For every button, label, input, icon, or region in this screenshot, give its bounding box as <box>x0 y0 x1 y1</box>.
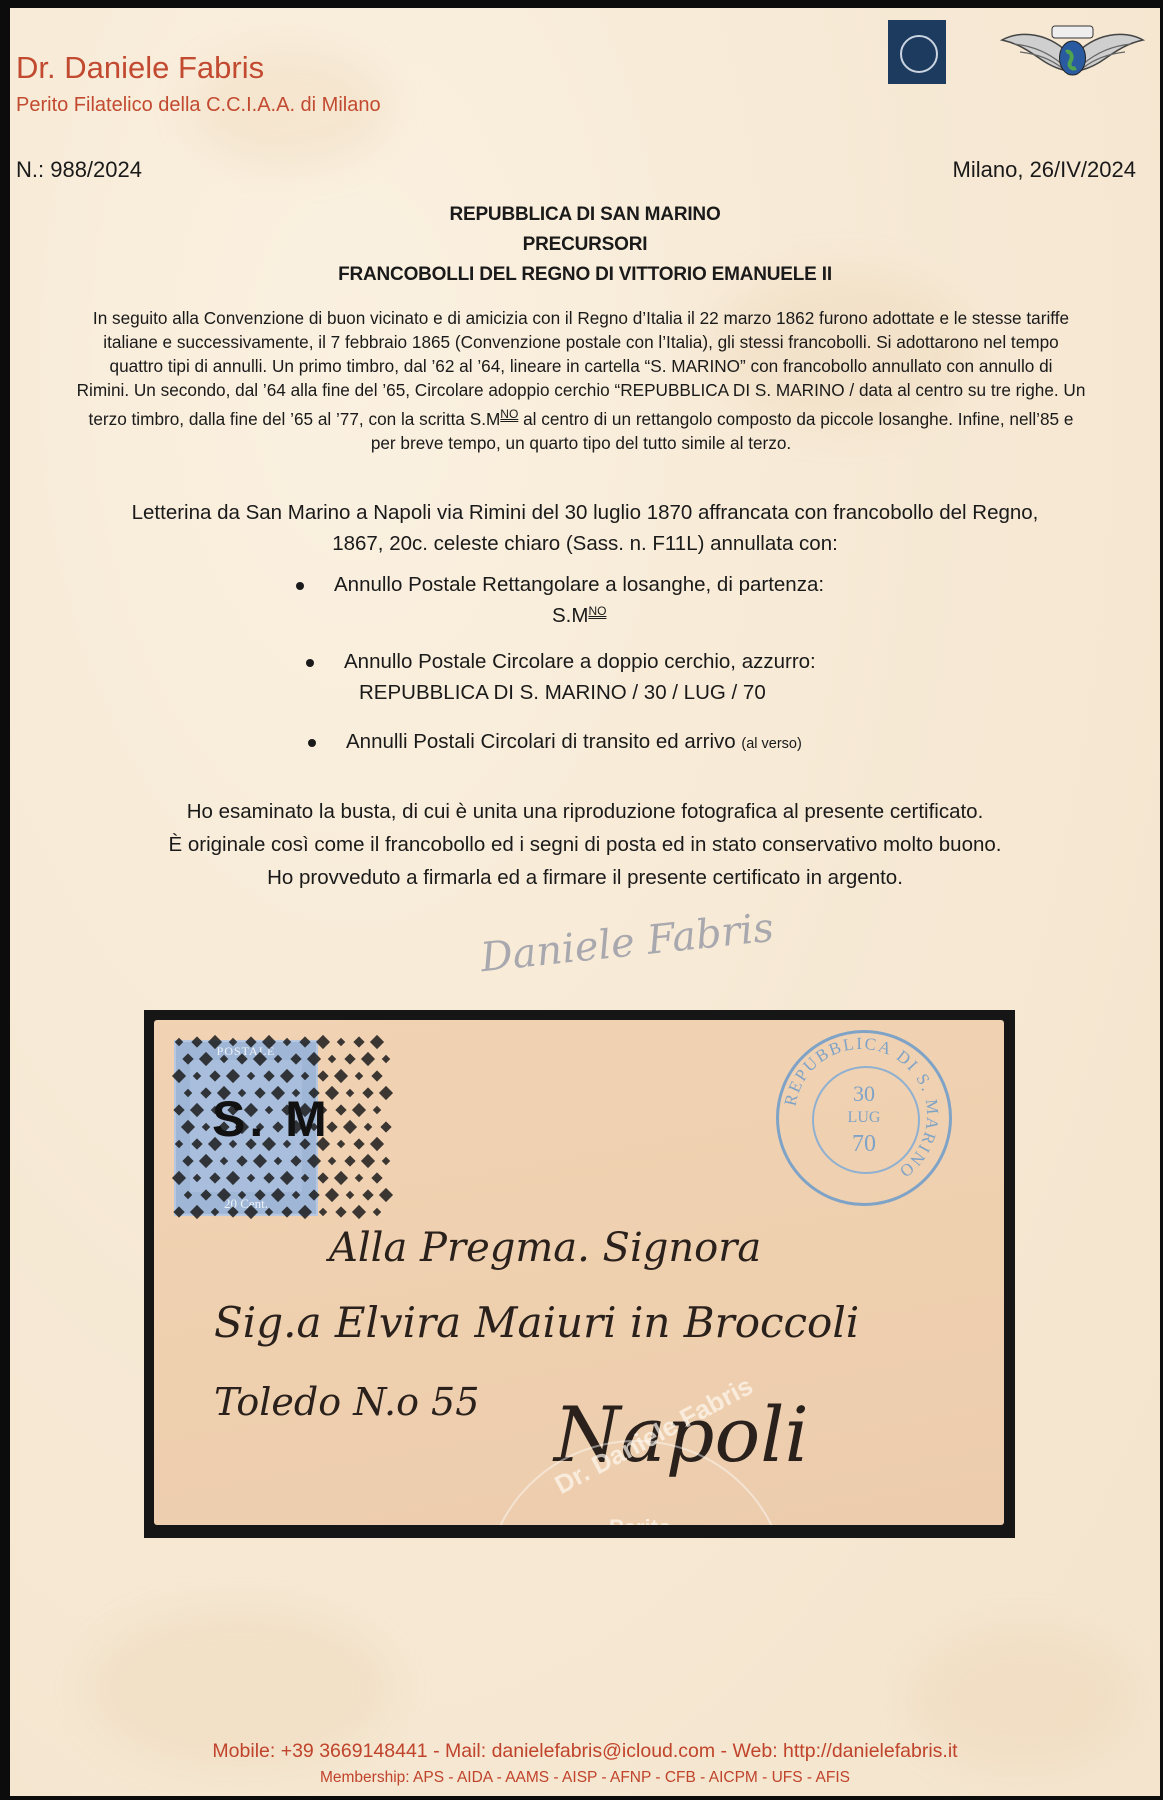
address-line3: Toledo N.o 55 <box>214 1380 479 1424</box>
expert-name: Dr. Daniele Fabris <box>16 50 264 86</box>
certificate-number: N.: 988/2024 <box>16 157 142 183</box>
intro-line: quattro tipi di annulli. Un primo timbro… <box>26 354 1136 378</box>
address-line2: Sig.a Elvira Maiuri in Broccoli <box>214 1298 859 1347</box>
bullet-circular-cancel-detail: REPUBBLICA DI S. MARINO / 30 / LUG / 70 <box>359 681 766 705</box>
item-description-line1: Letterina da San Marino a Napoli via Rim… <box>10 501 1160 525</box>
conclusion-line: Ho provveduto a firmarla ed a firmare il… <box>10 861 1160 894</box>
envelope-photo: POSTALE 20 Cent. S. M REPUBBLICA DI S. M… <box>154 1020 1004 1525</box>
bullet-transit-cancels: Annulli Postali Circolari di transito ed… <box>308 730 802 754</box>
circular-postmark: REPUBBLICA DI S. MARINO 30 LUG 70 <box>776 1030 952 1206</box>
intro-line: italiane e successivamente, il 7 febbrai… <box>26 330 1136 354</box>
intro-line: Rimini. Un secondo, dal ’64 alla fine de… <box>26 378 1136 402</box>
conclusion: Ho esaminato la busta, di cui è unita un… <box>10 795 1160 894</box>
historical-intro: In seguito alla Convenzione di buon vici… <box>26 306 1136 455</box>
bullet-departure-cancel-detail: S.MNO <box>552 604 606 628</box>
intro-line: terzo timbro, dalla fine del ’65 al ’77,… <box>26 402 1136 431</box>
footer-membership: Membership: APS - AIDA - AAMS - AISP - A… <box>10 1769 1160 1787</box>
philatelic-society-logo <box>888 20 946 84</box>
air-mail-society-wings-logo <box>1000 22 1145 92</box>
footer-contact: Mobile: +39 3669148441 - Mail: danielefa… <box>10 1740 1160 1763</box>
conclusion-line: Ho esaminato la busta, di cui è unita un… <box>10 795 1160 828</box>
heading-stamps-kingdom: FRANCOBOLLI DEL REGNO DI VITTORIO EMANUE… <box>10 264 1160 286</box>
heading-precursors: PRECURSORI <box>10 234 1160 256</box>
address-line1: Alla Pregma. Signora <box>329 1225 761 1271</box>
bullet-circular-cancel: Annullo Postale Circolare a doppio cerch… <box>306 650 816 674</box>
intro-line: per breve tempo, un quarto tipo del tutt… <box>26 431 1136 455</box>
conclusion-line: È originale così come il francobollo ed … <box>10 828 1160 861</box>
certificate-date: Milano, 26/IV/2024 <box>953 157 1136 183</box>
item-description-line2: 1867, 20c. celeste chiaro (Sass. n. F11L… <box>10 532 1160 556</box>
intro-line: In seguito alla Convenzione di buon vici… <box>26 306 1136 330</box>
expert-title: Perito Filatelico della C.C.I.A.A. di Mi… <box>16 94 381 117</box>
heading-republic: REPUBBLICA DI SAN MARINO <box>10 204 1160 226</box>
cancel-sm-text: S. M <box>212 1090 331 1148</box>
bullet-departure-cancel: Annullo Postale Rettangolare a losanghe,… <box>296 573 824 597</box>
